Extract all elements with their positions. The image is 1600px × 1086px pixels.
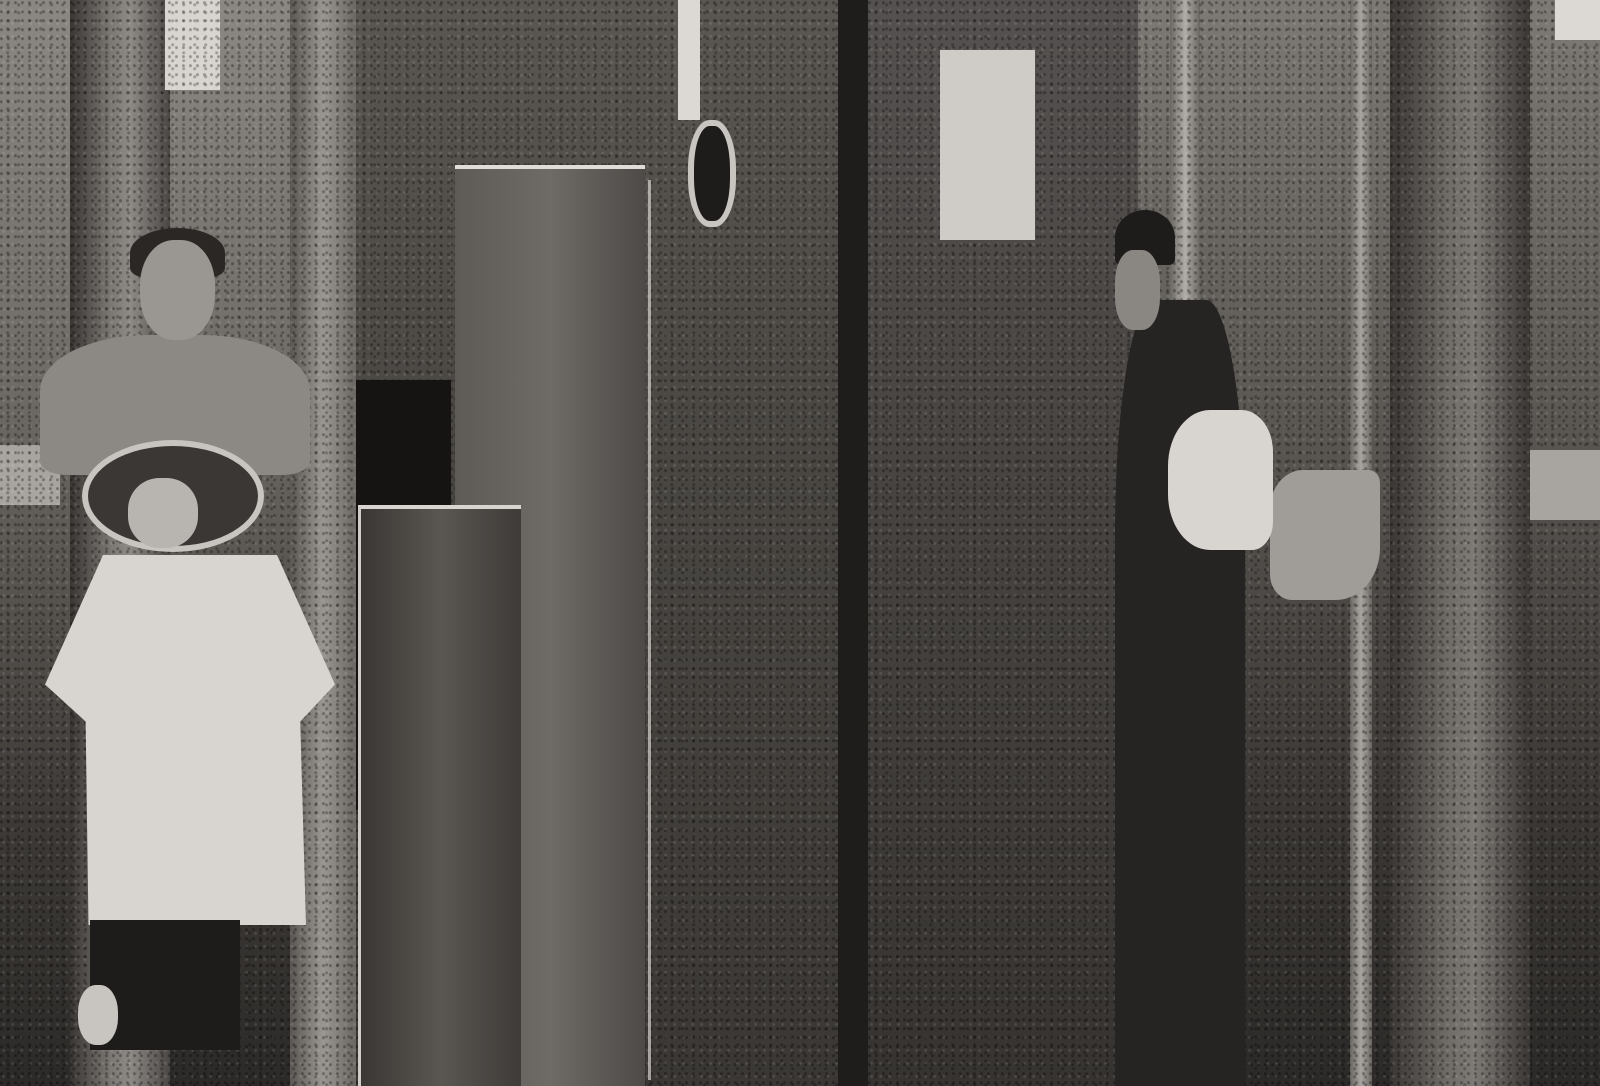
wall-crack [648, 180, 651, 1080]
girl-shoe [78, 985, 118, 1045]
light-bag [1168, 410, 1273, 550]
girl-white-dress [45, 555, 335, 925]
wall-slab-broken [358, 505, 521, 1086]
window-opening [940, 50, 1035, 240]
lawn-patch [1530, 450, 1600, 520]
lawn-patch [1270, 470, 1380, 600]
woman-face [140, 240, 215, 340]
wall-hole [688, 120, 736, 227]
girl-face [128, 478, 198, 548]
photo-collage [0, 0, 1600, 1086]
light-streak [678, 0, 700, 120]
dark-seam [838, 0, 868, 1086]
woman-face [1115, 250, 1160, 330]
sky-patch [1555, 0, 1600, 40]
